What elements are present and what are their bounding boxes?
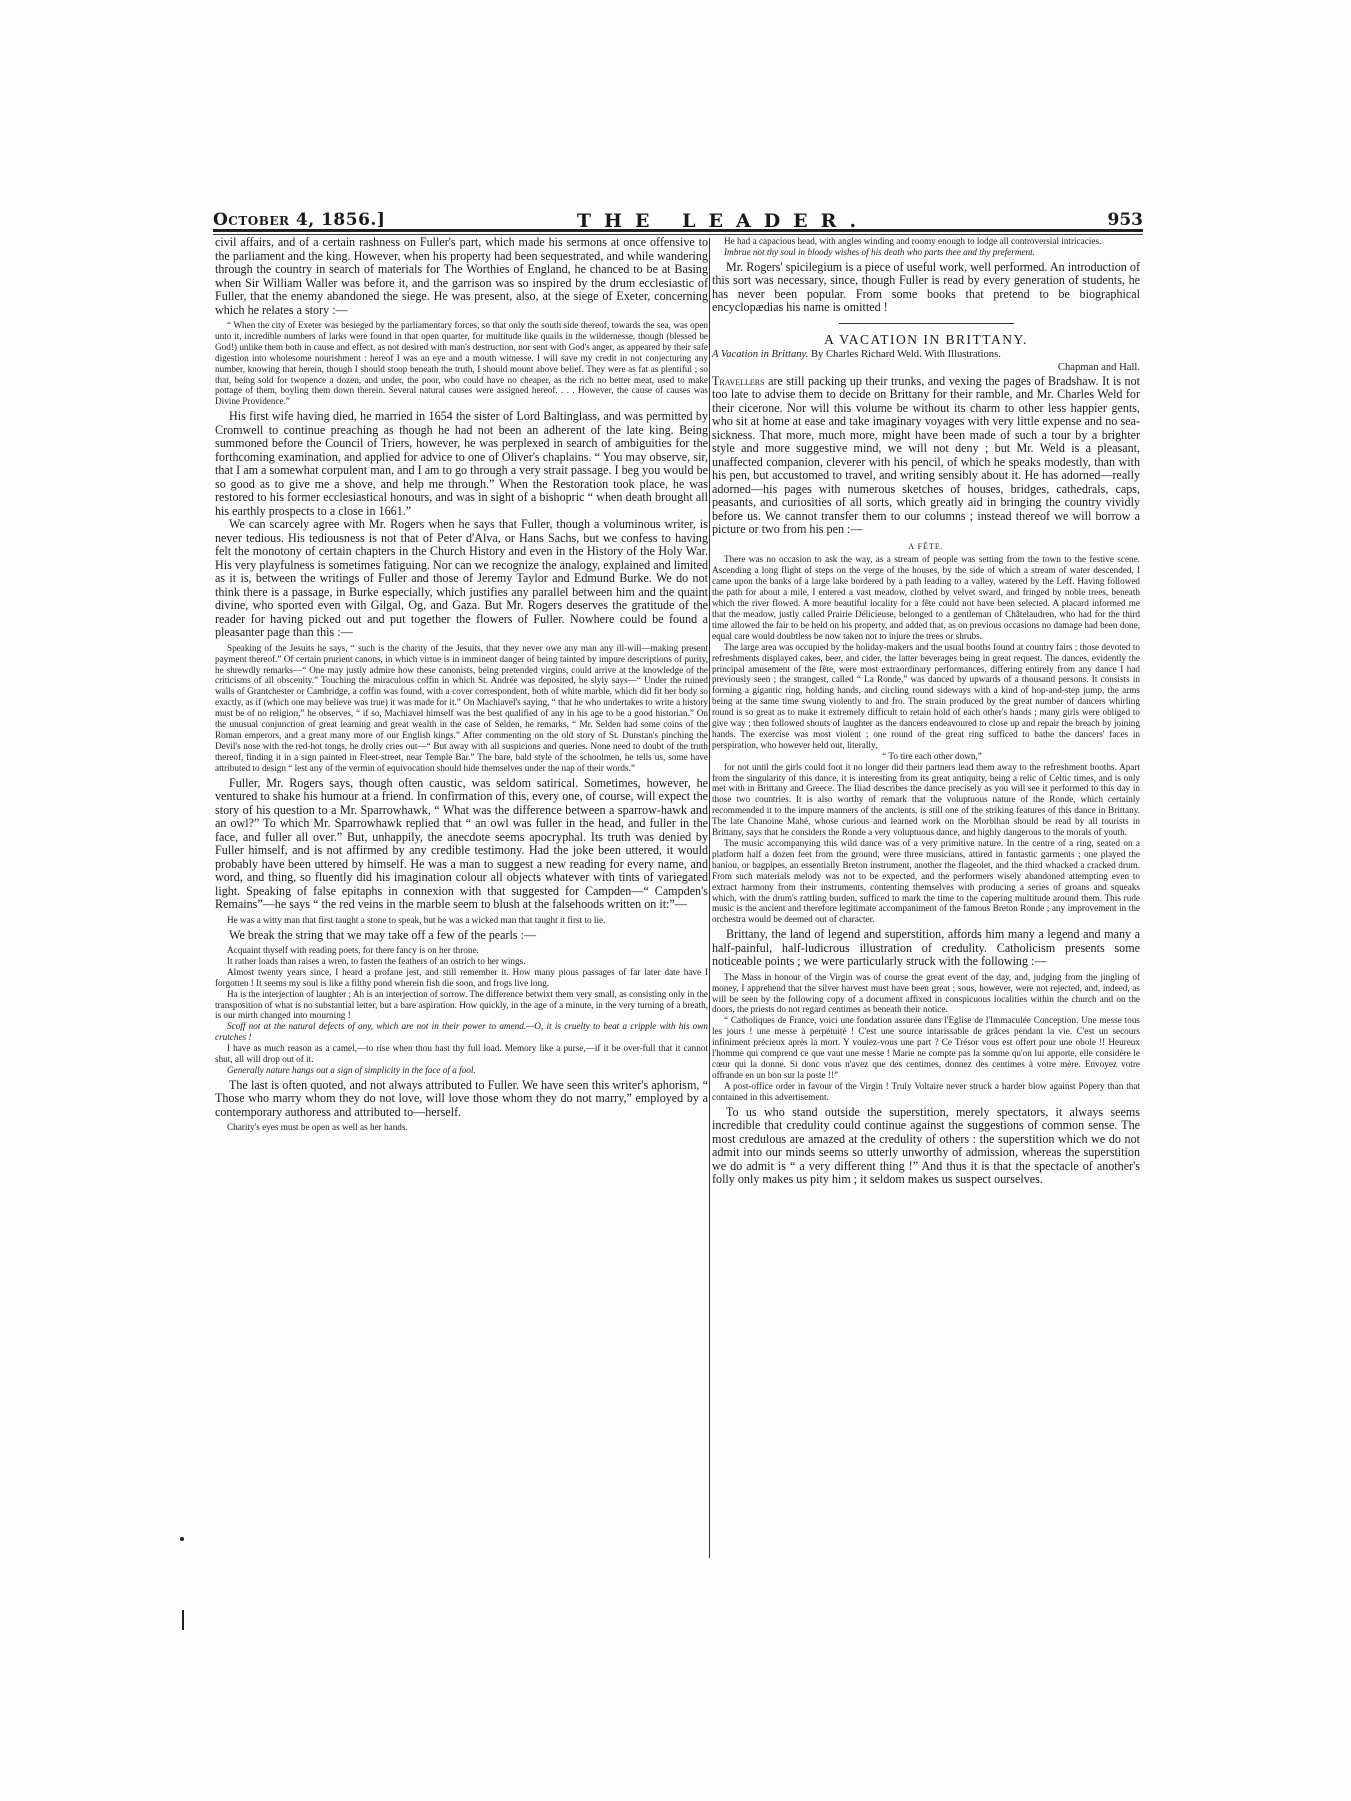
article-paragraph: We can scarcely agree with Mr. Rogers wh… [215, 518, 708, 640]
quote-text: Imbrue not thy soul in bloody wishes of … [712, 247, 1140, 258]
excerpt-text: There was no occasion to ask the way, as… [712, 554, 1140, 641]
book-title: A Vacation in Brittany. [712, 349, 808, 360]
article-paragraph: civil affairs, and of a certain rashness… [215, 236, 708, 317]
book-citation: A Vacation in Brittany. By Charles Richa… [712, 349, 1140, 362]
article-paragraph: The last is often quoted, and not always… [215, 1079, 708, 1120]
excerpt-text: A post-office order in favour of the Vir… [712, 1081, 1140, 1103]
excerpt-text: The music accompanying this wild dance w… [712, 838, 1140, 925]
scan-speck [182, 1610, 184, 1630]
excerpt-text: The Mass in honour of the Virgin was of … [712, 972, 1140, 1016]
article-paragraph: Travellers are still packing up their tr… [712, 375, 1140, 537]
excerpt-text: “ Catholiques de France, voici une fonda… [712, 1015, 1140, 1080]
issue-date: October 4, 1856.] [213, 210, 385, 230]
pearls-list: Acquaint thyself with reading poets, for… [215, 945, 708, 1076]
quote-text: He had a capacious head, with angles win… [712, 236, 1140, 247]
left-column: civil affairs, and of a certain rashness… [215, 236, 708, 1136]
block-quote: He had a capacious head, with angles win… [712, 236, 1140, 258]
review-heading: A VACATION IN BRITTANY. [712, 334, 1140, 347]
article-paragraph: Brittany, the land of legend and superst… [712, 928, 1140, 969]
excerpt-text: The large area was occupied by the holid… [712, 642, 1140, 751]
block-quote: “ When the city of Exeter was besieged b… [215, 320, 708, 407]
paragraph-text: are still packing up their trunks, and v… [712, 374, 1140, 537]
excerpt-block: There was no occasion to ask the way, as… [712, 554, 1140, 925]
pearl-item: It rather loads than raises a wren, to f… [215, 956, 708, 967]
pearl-item: Almost twenty years since, I heard a pro… [215, 967, 708, 989]
quote-text: “ When the city of Exeter was besieged b… [215, 320, 708, 407]
pearl-item: Scoff not at the natural defects of any,… [215, 1021, 708, 1043]
pearl-item: Ha is the interjection of laughter ; Ah … [215, 989, 708, 1022]
block-quote: Speaking of the Jesuits he says, “ such … [215, 643, 708, 774]
excerpt-subheading: A FÊTE. [712, 541, 1140, 554]
newspaper-page: October 4, 1856.] THE LEADER. 953 civil … [0, 0, 1351, 1801]
column-divider [709, 238, 710, 1558]
article-paragraph: Mr. Rogers' spicilegium is a piece of us… [712, 261, 1140, 315]
article-paragraph: Fuller, Mr. Rogers says, though often ca… [215, 777, 708, 912]
quote-text: Speaking of the Jesuits he says, “ such … [215, 643, 708, 774]
pearl-item: Generally nature hangs out a sign of sim… [215, 1065, 708, 1076]
pearl-item: Acquaint thyself with reading poets, for… [215, 945, 708, 956]
verse-line: “ To tire each other down,” [712, 751, 1140, 762]
article-paragraph: His first wife having died, he married i… [215, 410, 708, 518]
block-quote: Charity's eyes must be open as well as h… [215, 1122, 708, 1133]
article-paragraph: We break the string that we may take off… [215, 929, 708, 943]
book-author: By Charles Richard Weld. With Illustrati… [811, 349, 1001, 360]
lead-word: Travellers [712, 374, 765, 388]
excerpt-text: for not until the girls could foot it no… [712, 762, 1140, 838]
block-quote: He was a witty man that first taught a s… [215, 915, 708, 926]
masthead: October 4, 1856.] THE LEADER. 953 [213, 210, 1143, 236]
pearl-item: I have as much reason as a camel,—to ris… [215, 1043, 708, 1065]
article-paragraph: To us who stand outside the superstition… [712, 1106, 1140, 1187]
quote-text: He was a witty man that first taught a s… [215, 915, 708, 926]
quote-text: Charity's eyes must be open as well as h… [215, 1122, 708, 1133]
masthead-rule [213, 229, 1143, 232]
section-divider [839, 323, 1014, 324]
excerpt-block: The Mass in honour of the Virgin was of … [712, 972, 1140, 1103]
page-number: 953 [1108, 210, 1144, 230]
right-column: He had a capacious head, with angles win… [712, 236, 1140, 1187]
scan-speck [180, 1537, 184, 1541]
